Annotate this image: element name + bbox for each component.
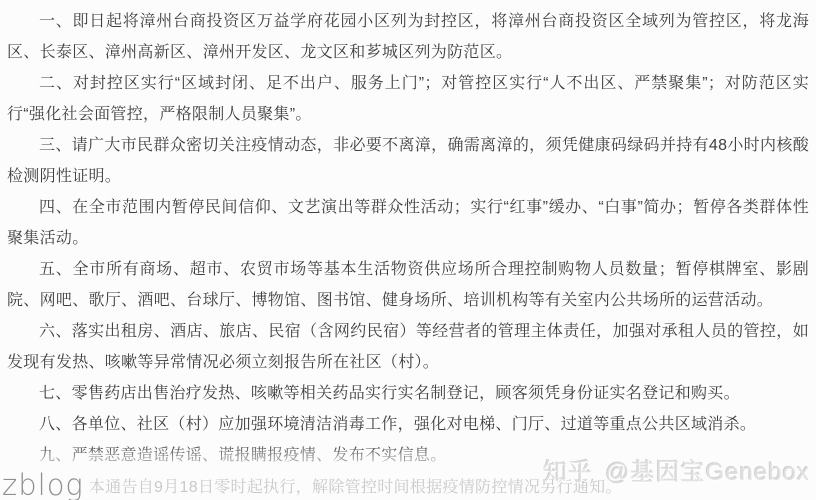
notice-paragraph-7: 七、零售药店出售治疗发热、咳嗽等相关药品实行实名制登记，顾客须凭身份证实名登记和…: [7, 378, 809, 409]
notice-paragraph-3: 三、请广大市民群众密切关注疫情动态，非必要不离漳，确需离漳的，须凭健康码绿码并持…: [7, 130, 809, 192]
zblog-logo: zblog: [0, 470, 84, 500]
notice-paragraph-2: 二、对封控区实行“区域封闭、足不出户、服务上门”；对管控区实行“人不出区、严禁聚…: [7, 68, 809, 130]
page: { "page": { "background_color": "#fcfcfc…: [0, 0, 816, 500]
notice-paragraph-4: 四、在全市范围内暂停民间信仰、文艺演出等群众性活动；实行“红事”缓办、“白事”简…: [7, 192, 809, 254]
notice-effective-date-line: 本通告自9月18日零时起执行，解除管控时间根据疫情防控情况另行通知。: [89, 474, 622, 497]
notice-paragraph-8: 八、各单位、社区（村）应加强环境清洁消毒工作，强化对电梯、门厅、过道等重点公共区…: [7, 409, 809, 440]
zhihu-watermark: 知乎 @基因宝Genebox: [543, 452, 810, 487]
notice-paragraph-5: 五、全市所有商场、超市、农贸市场等基本生活物资供应场所合理控制购物人员数量；暂停…: [7, 254, 809, 316]
zhihu-watermark-brand: 知乎: [543, 452, 593, 487]
zhihu-watermark-handle: @基因宝Genebox: [605, 452, 810, 487]
notice-document: 一、即日起将漳州台商投资区万益学府花园小区列为封控区，将漳州台商投资区全域列为管…: [0, 0, 816, 471]
notice-paragraph-1: 一、即日起将漳州台商投资区万益学府花园小区列为封控区，将漳州台商投资区全域列为管…: [7, 6, 809, 68]
notice-paragraph-6: 六、落实出租房、酒店、旅店、民宿（含网约民宿）等经营者的管理主体责任，加强对承租…: [7, 316, 809, 378]
